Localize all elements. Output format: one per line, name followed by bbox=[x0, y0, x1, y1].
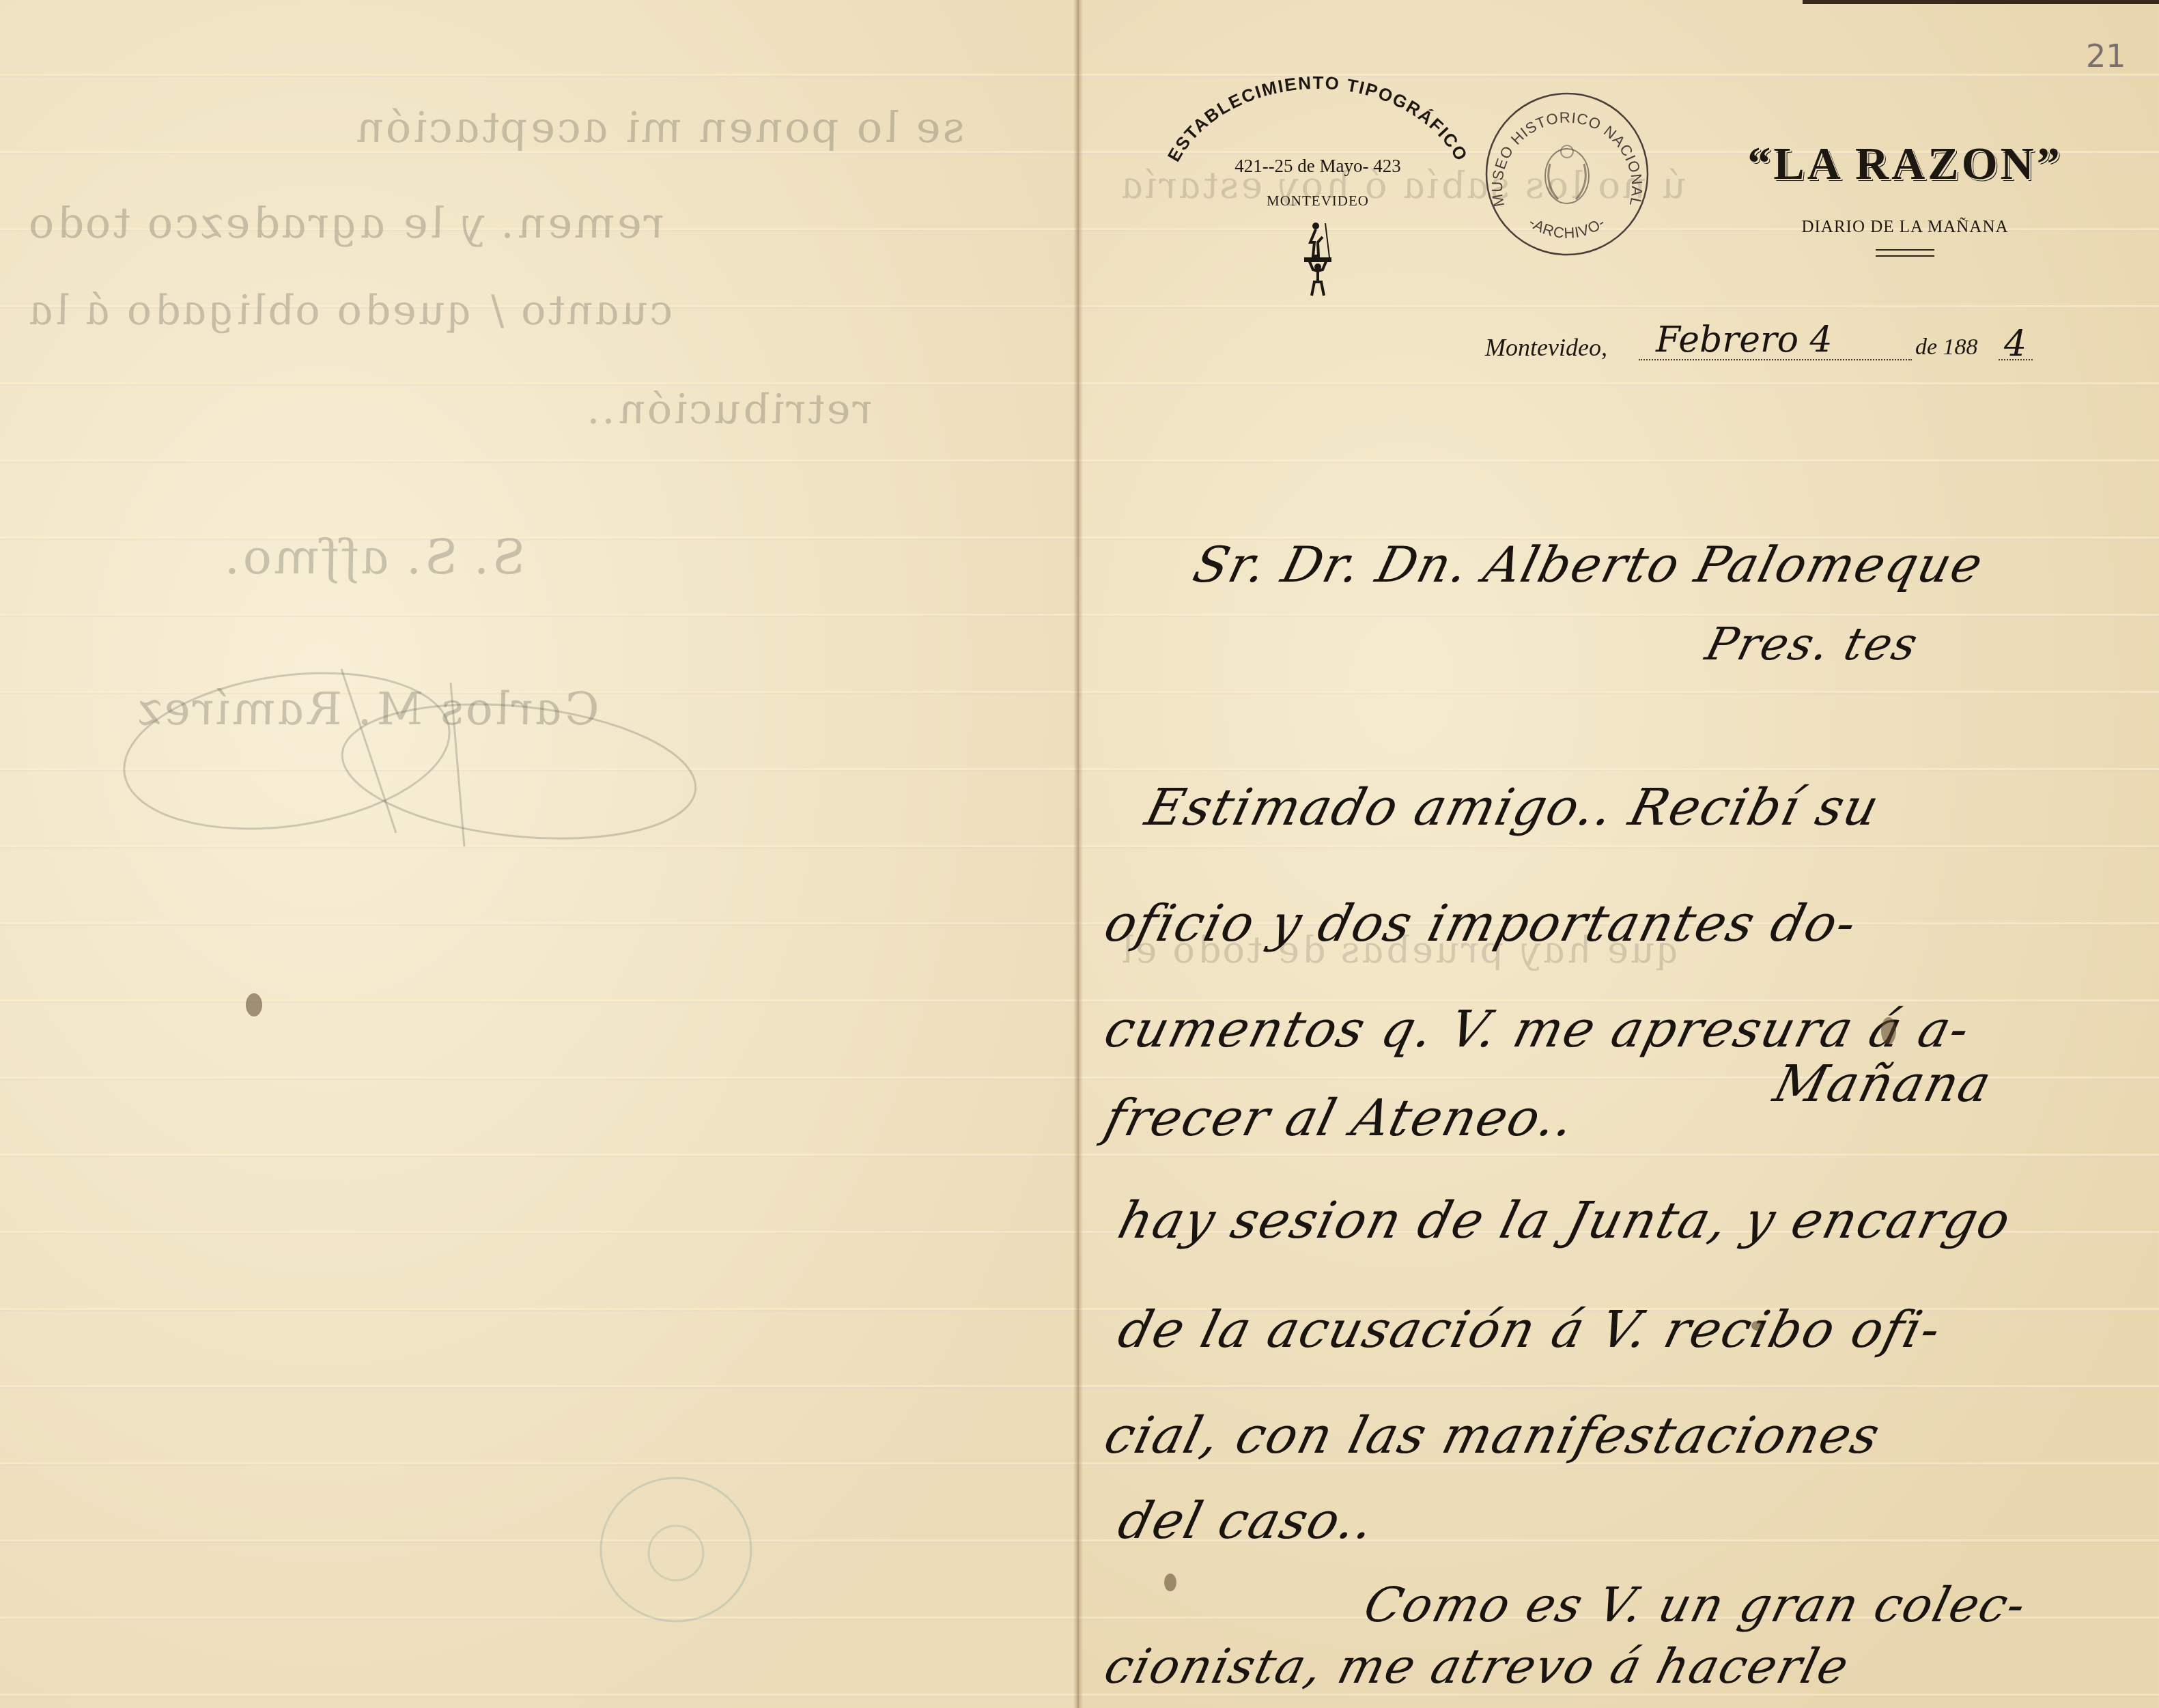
masthead-title: “LA RAZON” bbox=[1734, 140, 2076, 186]
binding-edge bbox=[1803, 0, 2159, 4]
page-fold bbox=[1073, 0, 1083, 1708]
faint-stamp-icon bbox=[587, 1468, 765, 1632]
body-line: frecer al Ateneo.. bbox=[1099, 1089, 1581, 1148]
date-printed-de: de 188 bbox=[1915, 335, 1978, 360]
body-line: cionista, me atrevo á hacerle bbox=[1099, 1638, 1855, 1694]
salutation-line: Pres. tes bbox=[1700, 618, 1923, 670]
bleed-through-line: cuanto / quedo obligado á la bbox=[23, 287, 679, 335]
ink-spot bbox=[1751, 1321, 1762, 1330]
body-line: Estimado amigo.. Recibí su bbox=[1140, 778, 1886, 837]
body-line: oficio y dos importantes do- bbox=[1099, 894, 1863, 953]
masthead-subtitle: DIARIO DE LA MAÑANA bbox=[1734, 218, 2076, 237]
body-line: cial, con las manifestaciones bbox=[1099, 1406, 1887, 1465]
bleed-through-line: remen. y le agradezco todo bbox=[22, 198, 670, 248]
bleed-through-line: retribución.. bbox=[582, 386, 878, 433]
ink-spot bbox=[246, 993, 262, 1016]
date-place: Montevideo, bbox=[1485, 333, 1607, 362]
masthead-double-rule bbox=[1876, 249, 1934, 257]
body-line: hay sesion de la Junta, y encargo bbox=[1112, 1191, 2017, 1250]
right-bleed-through: ú no los sabía ó hoy estaría bbox=[1115, 164, 1691, 207]
date-handwritten-year: 4 bbox=[2004, 324, 2027, 365]
body-line: Mañana bbox=[1768, 1055, 1998, 1113]
svg-text:ESTABLECIMIENTO TIPOGRÁFICO: ESTABLECIMIENTO TIPOGRÁFICO bbox=[1163, 72, 1473, 165]
ink-spot bbox=[1164, 1574, 1176, 1591]
archive-page-number: 21 bbox=[2086, 38, 2126, 74]
ink-spot bbox=[1881, 1017, 1896, 1044]
body-line: de la acusación á V. recibo ofi- bbox=[1112, 1300, 1947, 1359]
body-line: cumentos q. V. me apresura á a- bbox=[1099, 1000, 1976, 1059]
date-handwritten-day: Febrero 4 bbox=[1656, 319, 1833, 360]
bleed-through-line: se lo ponen mi aceptación bbox=[350, 102, 970, 152]
body-line: Como es V. un gran colec- bbox=[1359, 1577, 2033, 1633]
left-page: se lo ponen mi aceptación remen. y le ag… bbox=[0, 0, 1077, 1708]
newspaper-masthead: “LA RAZON” DIARIO DE LA MAÑANA bbox=[1734, 140, 2076, 257]
date-line: Montevideo, Febrero 4 de 188 4 bbox=[1485, 319, 2065, 374]
signature-flourish-icon bbox=[109, 642, 696, 846]
atlas-emblem-icon bbox=[1301, 222, 1335, 297]
body-line: del caso.. bbox=[1112, 1492, 1381, 1550]
svg-text:-ARCHIVO-: -ARCHIVO- bbox=[1525, 214, 1608, 242]
bleed-through-closing: S. S. affmo. bbox=[219, 529, 531, 585]
salutation-line: Sr. Dr. Dn. Alberto Palomeque bbox=[1188, 536, 1990, 593]
